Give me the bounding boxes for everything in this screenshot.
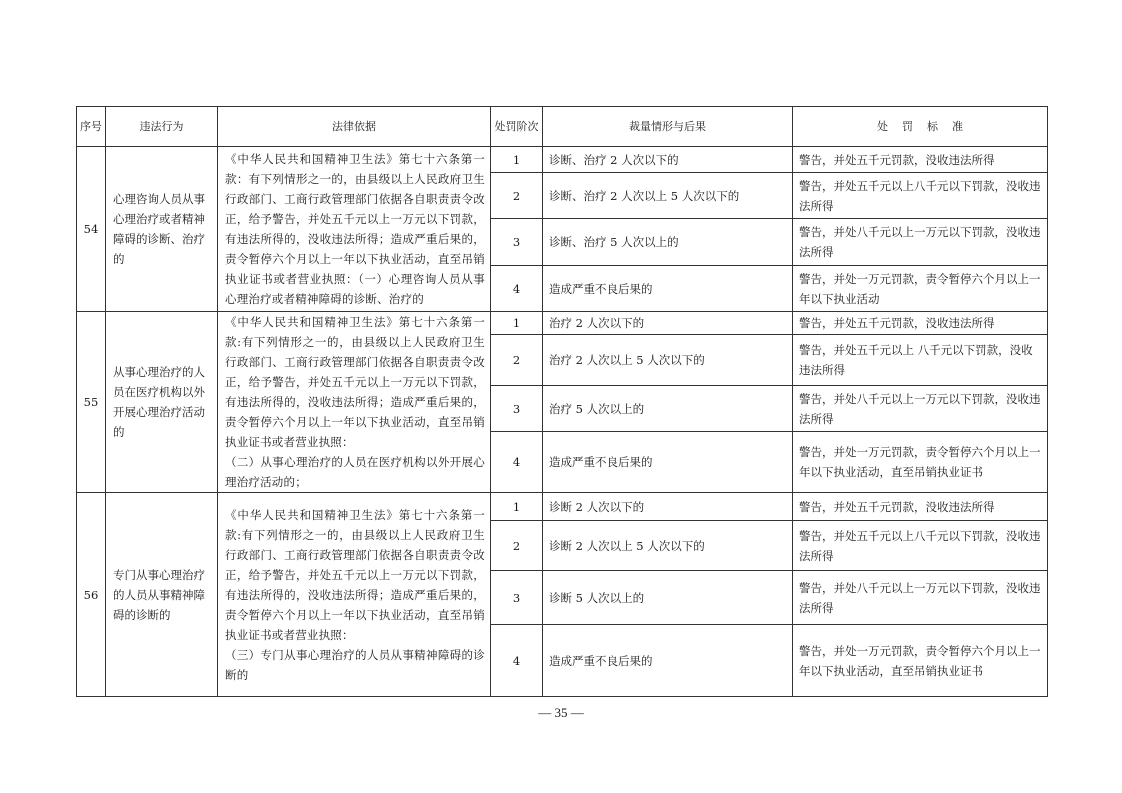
table-row: 55 从事心理治疗的人员在医疗机构以外开展心理治疗活动的 《中华人民共和国精神卫… (77, 312, 1048, 335)
circumstance-cell: 造成严重不良后果的 (543, 266, 793, 312)
tier-cell: 3 (491, 385, 543, 432)
standard-cell: 警告，并处五千元以上八千元以下罚款，没收违法所得 (793, 521, 1048, 571)
circumstance-cell: 造成严重不良后果的 (543, 625, 793, 697)
standard-cell: 警告，并处一万元罚款，责令暂停六个月以上一年以下执业活动，直至吊销执业证书 (793, 432, 1048, 493)
tier-cell: 2 (491, 335, 543, 386)
standard-cell: 警告，并处八千元以上一万元以下罚款，没收违法所得 (793, 385, 1048, 432)
circumstance-cell: 诊断、治疗 2 人次以下的 (543, 147, 793, 173)
legal-basis-main: 《中华人民共和国精神卫生法》第七十六条第一款:有下列情形之一的，由县级以上人民政… (225, 312, 485, 452)
standard-cell: 警告，并处一万元罚款，责令暂停六个月以上一年以下执业活动 (793, 266, 1048, 312)
tier-cell: 2 (491, 521, 543, 571)
legal-basis-cell: 《中华人民共和国精神卫生法》第七十六条第一款:有下列情形之一的，由县级以上人民政… (218, 493, 491, 697)
table-header-row: 序号 违法行为 法律依据 处罚阶次 裁量情形与后果 处罚标准 (77, 107, 1048, 147)
page-number: — 35 — (0, 705, 1122, 721)
standard-cell: 警告，并处一万元罚款，责令暂停六个月以上一年以下执业活动，直至吊销执业证书 (793, 625, 1048, 697)
standard-cell: 警告，并处五千元罚款，没收违法所得 (793, 147, 1048, 173)
violation-cell: 心理咨询人员从事心理治疗或者精神障碍的诊断、治疗的 (106, 147, 218, 312)
circumstance-cell: 治疗 5 人次以上的 (543, 385, 793, 432)
circumstance-cell: 治疗 2 人次以上 5 人次以下的 (543, 335, 793, 386)
legal-basis-item: （二）从事心理治疗的人员在医疗机构以外开展心理治疗活动的； (225, 452, 485, 492)
header-violation: 违法行为 (106, 107, 218, 147)
tier-cell: 4 (491, 266, 543, 312)
seq-cell: 55 (77, 312, 106, 493)
table-row: 56 专门从事心理治疗的人员从事精神障碍的诊断的 《中华人民共和国精神卫生法》第… (77, 493, 1048, 521)
header-penalty-tier: 处罚阶次 (491, 107, 543, 147)
header-seq: 序号 (77, 107, 106, 147)
circumstance-cell: 诊断、治疗 5 人次以上的 (543, 219, 793, 266)
violation-cell: 从事心理治疗的人员在医疗机构以外开展心理治疗活动的 (106, 312, 218, 493)
legal-basis-main: 《中华人民共和国精神卫生法》第七十六条第一款:有下列情形之一的，由县级以上人民政… (225, 505, 485, 645)
circumstance-cell: 诊断 2 人次以下的 (543, 493, 793, 521)
tier-cell: 1 (491, 493, 543, 521)
header-legal-basis: 法律依据 (218, 107, 491, 147)
header-circumstances: 裁量情形与后果 (543, 107, 793, 147)
seq-cell: 56 (77, 493, 106, 697)
tier-cell: 2 (491, 173, 543, 219)
seq-cell: 54 (77, 147, 106, 312)
violation-cell: 专门从事心理治疗的人员从事精神障碍的诊断的 (106, 493, 218, 697)
circumstance-cell: 造成严重不良后果的 (543, 432, 793, 493)
standard-cell: 警告，并处五千元罚款，没收违法所得 (793, 312, 1048, 335)
circumstance-cell: 治疗 2 人次以下的 (543, 312, 793, 335)
tier-cell: 1 (491, 312, 543, 335)
header-standard: 处罚标准 (793, 107, 1048, 147)
penalty-discretion-table: 序号 违法行为 法律依据 处罚阶次 裁量情形与后果 处罚标准 54 心理咨询人员… (76, 106, 1048, 697)
circumstance-cell: 诊断 2 人次以上 5 人次以下的 (543, 521, 793, 571)
standard-cell: 警告，并处五千元以上 八千元以下罚款，没收违法所得 (793, 335, 1048, 386)
standard-cell: 警告，并处五千元以上八千元以下罚款，没收违法所得 (793, 173, 1048, 219)
document-page: 序号 违法行为 法律依据 处罚阶次 裁量情形与后果 处罚标准 54 心理咨询人员… (0, 0, 1122, 793)
legal-basis-cell: 《中华人民共和国精神卫生法》第七十六条第一款：有下列情形之一的，由县级以上人民政… (218, 147, 491, 312)
table-row: 54 心理咨询人员从事心理治疗或者精神障碍的诊断、治疗的 《中华人民共和国精神卫… (77, 147, 1048, 173)
standard-cell: 警告，并处八千元以上一万元以下罚款，没收违法所得 (793, 219, 1048, 266)
tier-cell: 3 (491, 219, 543, 266)
tier-cell: 3 (491, 571, 543, 625)
legal-basis-item: （三）专门从事心理治疗的人员从事精神障碍的诊断的 (225, 645, 485, 685)
standard-cell: 警告，并处八千元以上一万元以下罚款，没收违法所得 (793, 571, 1048, 625)
legal-basis-cell: 《中华人民共和国精神卫生法》第七十六条第一款:有下列情形之一的，由县级以上人民政… (218, 312, 491, 493)
tier-cell: 4 (491, 625, 543, 697)
circumstance-cell: 诊断 5 人次以上的 (543, 571, 793, 625)
circumstance-cell: 诊断、治疗 2 人次以上 5 人次以下的 (543, 173, 793, 219)
standard-cell: 警告，并处五千元罚款，没收违法所得 (793, 493, 1048, 521)
tier-cell: 4 (491, 432, 543, 493)
tier-cell: 1 (491, 147, 543, 173)
